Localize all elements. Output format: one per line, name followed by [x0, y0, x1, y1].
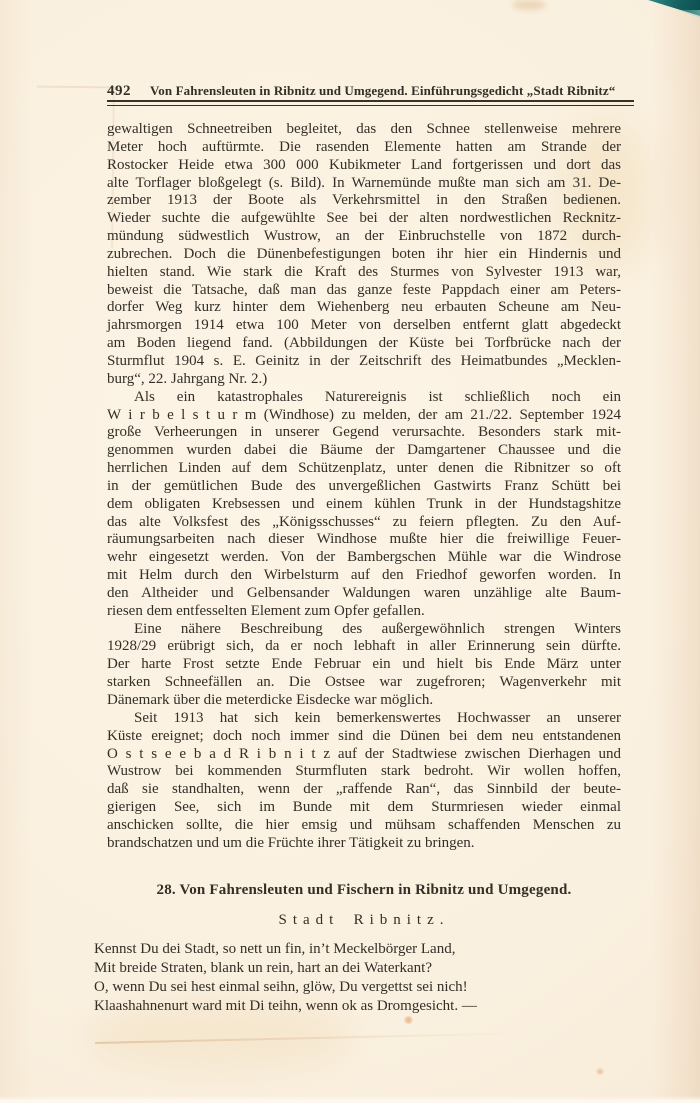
text-line: burg“, 22. Jahrgang Nr. 2.)	[107, 371, 621, 389]
text-line: räumungsarbeiten nach dieser Windhose mu…	[107, 531, 621, 549]
text-line: große Verheerungen in unserer Gegend ver…	[107, 424, 621, 442]
paper-spot	[596, 1068, 604, 1075]
scanned-book-page: 492 Von Fahrensleuten in Ribnitz und Umg…	[0, 0, 700, 1103]
text-line: alte Torflager bloßgelegt (s. Bild). In …	[107, 175, 621, 193]
text-line: mündung südwestlich Wustrow, an der Einb…	[107, 228, 621, 246]
poem: Kennst Du dei Stadt, so nett un fin, in’…	[94, 940, 614, 1016]
text-line: jahrsmorgen 1914 etwa 100 Meter von ders…	[107, 317, 621, 335]
text-line: anschicken sollte, die hier emsig und mü…	[107, 817, 621, 835]
page-bottom-edge	[0, 1096, 700, 1103]
poem-line: Kennst Du dei Stadt, so nett un fin, in’…	[94, 940, 614, 959]
text-line: Sturmflut 1904 s. E. Geinitz in der Zeit…	[107, 353, 621, 371]
text-line: gierigen See, sich im Bunde mit dem Stur…	[107, 799, 621, 817]
page-right-edge-shading	[652, 0, 700, 1103]
text-line: 1928/29 erübrigt sich, da er noch lebhaf…	[107, 638, 621, 656]
text-line: das alte Volksfest des „Königsschusses“ …	[107, 514, 621, 532]
body-text: gewaltigen Schneetreiben begleitet, das …	[107, 121, 621, 853]
text-line: gewaltigen Schneetreiben begleitet, das …	[107, 121, 621, 139]
text-line: herrlichen Linden auf dem Schützenplatz,…	[107, 460, 621, 478]
page-left-edge-shading	[0, 0, 34, 1103]
text-line: Seit 1913 hat sich kein bemerkenswertes …	[107, 710, 621, 728]
header-double-rule	[107, 100, 634, 106]
ghost-page-corner-mark	[35, 86, 115, 249]
text-line: zubrechen. Doch die Dünenbefestigungen b…	[107, 246, 621, 264]
text-line: am Boden liegend fand. (Abbildungen der …	[107, 335, 621, 353]
text-line: Rostocker Heide etwa 300 000 Kubikmeter …	[107, 157, 621, 175]
page-number: 492	[107, 83, 131, 100]
text-line: brandschatzen und um die Früchte ihrer T…	[107, 835, 621, 853]
text-line: starken Schneefällen an. Die Ostsee war …	[107, 674, 621, 692]
poem-line: O, wenn Du sei hest einmal seihn, glöw, …	[94, 978, 614, 997]
text-line: zember 1913 der Boote als Verkehrsmittel…	[107, 192, 621, 210]
poem-title: Stadt Ribnitz.	[94, 912, 634, 929]
text-line: daß sie standhalten, wenn der „raffende …	[107, 781, 621, 799]
text-line: Der harte Frost setzte Ende Februar ein …	[107, 656, 621, 674]
text-line: Meter hoch auftürmte. Die rasenden Eleme…	[107, 139, 621, 157]
text-line: den Altheider und Gelbensander Waldungen…	[107, 585, 621, 603]
poem-line: Klaashahnenurt ward mit Di teihn, wenn o…	[94, 997, 614, 1016]
text-line: O s t s e e b a d R i b n i t z auf der …	[107, 746, 621, 764]
section-heading: 28. Von Fahrensleuten und Fischern in Ri…	[94, 882, 634, 899]
text-line: Wieder suchte die aufgewühlte See bei de…	[107, 210, 621, 228]
paper-spot	[404, 1016, 413, 1024]
text-line: beweist die Tatsache, daß man das ganze …	[107, 282, 621, 300]
running-title: Von Fahrensleuten in Ribnitz und Umgegen…	[150, 83, 615, 99]
page-header: 492 Von Fahrensleuten in Ribnitz und Umg…	[107, 83, 647, 100]
text-line: genommen wurden dabei die Bäume der Damg…	[107, 442, 621, 460]
text-line: Eine nähere Beschreibung des außergewöhn…	[107, 621, 621, 639]
text-line: Wustrow bei kommenden Sturmfluten stark …	[107, 763, 621, 781]
text-line: Küste ereignet; doch noch immer sind die…	[107, 728, 621, 746]
text-line: Als ein katastrophales Naturereignis ist…	[107, 389, 621, 407]
paper-spot	[512, 0, 546, 10]
text-line: dorfer Weg kurz hinter dem Wiehenberg ne…	[107, 299, 621, 317]
text-line: in der gemütlichen Bude des unvergeßlich…	[107, 478, 621, 496]
text-line: W i r b e l s t u r m (Windhose) zu meld…	[107, 407, 621, 425]
text-line: dem obligaten Krebsessen und einem kühle…	[107, 496, 621, 514]
text-line: wehr eingesetzt werden. Von der Bambergs…	[107, 549, 621, 567]
text-line: Dänemark über die meterdicke Eisdecke wa…	[107, 692, 621, 710]
text-line: riesen dem entfesselten Element zum Opfe…	[107, 603, 621, 621]
text-line: hielten stand. Wie stark die Kraft des S…	[107, 264, 621, 282]
text-line: mit Helm durch den Wirbelsturm auf den F…	[107, 567, 621, 585]
poem-line: Mit breide Straten, blank un rein, hart …	[94, 959, 614, 978]
